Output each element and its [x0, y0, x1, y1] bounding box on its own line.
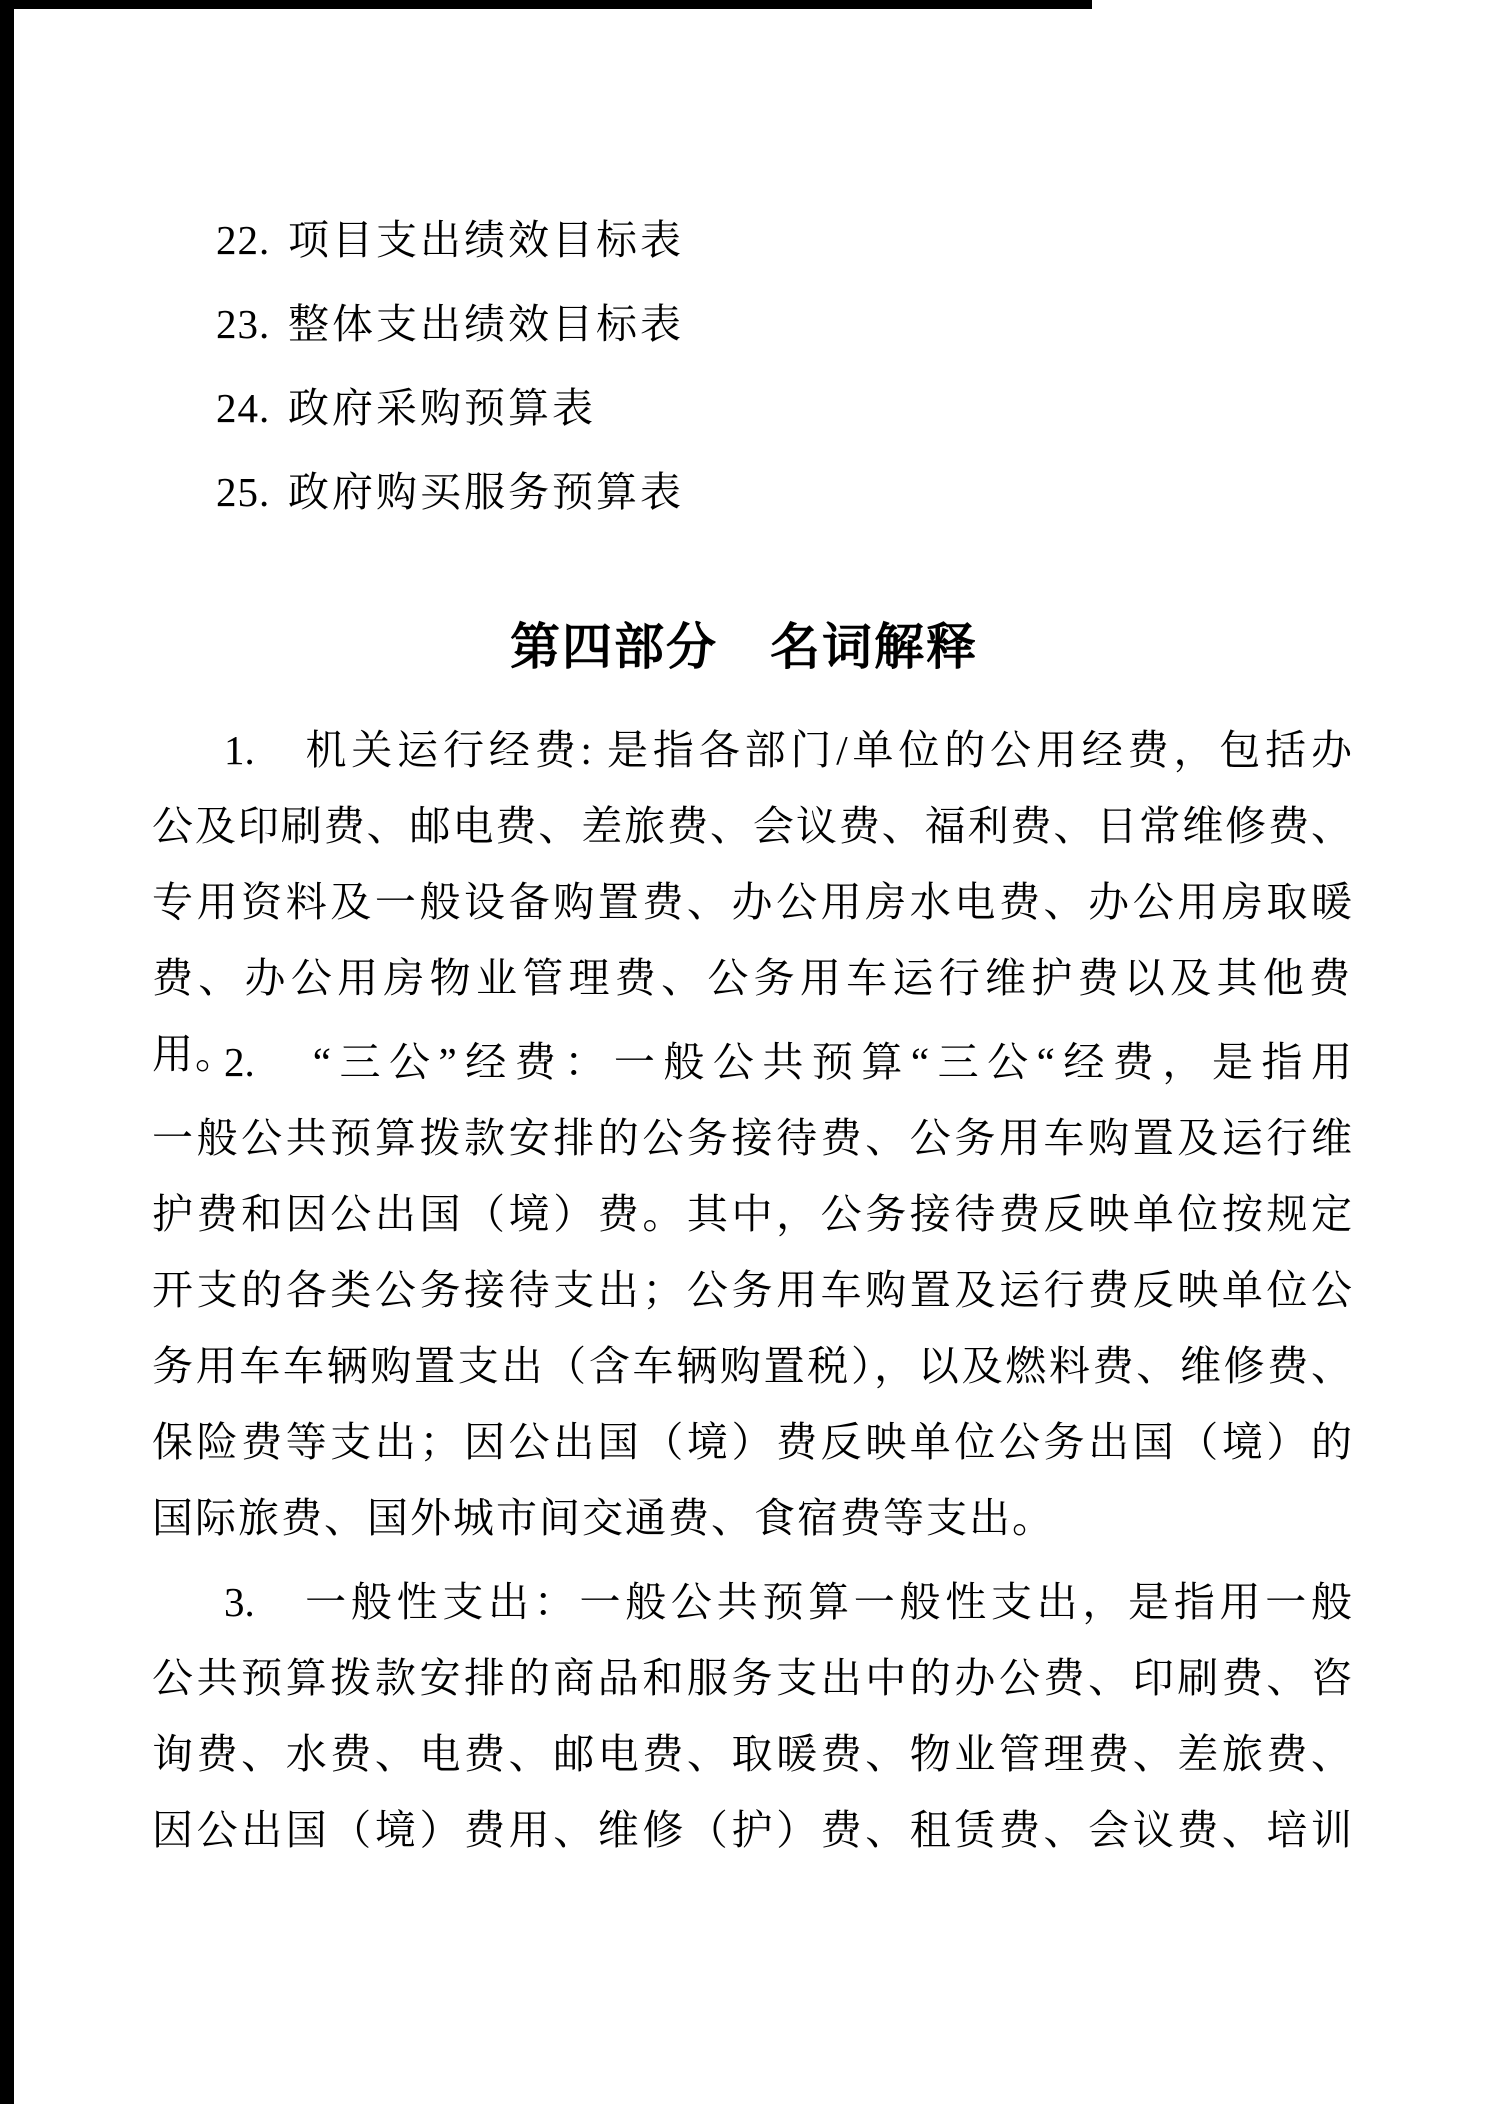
list-item-number: 25. — [216, 450, 274, 534]
text-line: 国际旅费、国外城市间交通费、食宿费等支出。 — [152, 1480, 1352, 1556]
list-item-text: 政府购买服务预算表 — [288, 450, 684, 534]
list-item: 24. 政府采购预算表 — [216, 366, 1316, 450]
attachment-table-list: 22. 项目支出绩效目标表 23. 整体支出绩效目标表 24. 政府采购预算表 … — [216, 198, 1316, 534]
scan-artifact-left-edge — [0, 0, 14, 2104]
list-item-text: 政府采购预算表 — [288, 366, 596, 450]
text-line: 一般公共预算拨款安排的公务接待费、公务用车购置及运行维 — [152, 1100, 1352, 1176]
list-item-number: 24. — [216, 366, 274, 450]
list-item-number: 23. — [216, 282, 274, 366]
text-line: 开支的各类公务接待支出；公务用车购置及运行费反映单位公 — [152, 1252, 1352, 1328]
text-line: 3. 一般性支出：一般公共预算一般性支出，是指用一般 — [152, 1564, 1352, 1640]
list-item: 25. 政府购买服务预算表 — [216, 450, 1316, 534]
text-line: 1. 机关运行经费: 是指各部门/单位的公用经费，包括办 — [152, 712, 1352, 788]
text-line: 2. “三公”经费：一般公共预算“三公“经费，是指用 — [152, 1024, 1352, 1100]
text-line: 公及印刷费、邮电费、差旅费、会议费、福利费、日常维修费、 — [152, 788, 1352, 864]
text-line: 公共预算拨款安排的商品和服务支出中的办公费、印刷费、咨 — [152, 1640, 1352, 1716]
paragraph: 3. 一般性支出：一般公共预算一般性支出，是指用一般公共预算拨款安排的商品和服务… — [152, 1564, 1352, 1868]
list-item: 22. 项目支出绩效目标表 — [216, 198, 1316, 282]
text-line: 保险费等支出；因公出国（境）费反映单位公务出国（境）的 — [152, 1404, 1352, 1480]
section-heading: 第四部分 名词解释 — [0, 616, 1488, 678]
definitions-body: 1. 机关运行经费: 是指各部门/单位的公用经费，包括办公及印刷费、邮电费、差旅… — [152, 712, 1352, 1868]
text-line: 询费、水费、电费、邮电费、取暖费、物业管理费、差旅费、 — [152, 1716, 1352, 1792]
document-page: 22. 项目支出绩效目标表 23. 整体支出绩效目标表 24. 政府采购预算表 … — [0, 0, 1488, 2104]
list-item-number: 22. — [216, 198, 274, 282]
text-line: 务用车车辆购置支出（含车辆购置税），以及燃料费、维修费、 — [152, 1328, 1352, 1404]
text-line: 专用资料及一般设备购置费、办公用房水电费、办公用房取暖 — [152, 864, 1352, 940]
list-item-text: 整体支出绩效目标表 — [288, 282, 684, 366]
text-line: 因公出国（境）费用、维修（护）费、租赁费、会议费、培训 — [152, 1792, 1352, 1868]
list-item-text: 项目支出绩效目标表 — [288, 198, 684, 282]
scan-artifact-top-edge — [0, 0, 1092, 9]
list-item: 23. 整体支出绩效目标表 — [216, 282, 1316, 366]
text-line: 护费和因公出国（境）费。其中，公务接待费反映单位按规定 — [152, 1176, 1352, 1252]
paragraph: 1. 机关运行经费: 是指各部门/单位的公用经费，包括办公及印刷费、邮电费、差旅… — [152, 712, 1352, 1016]
paragraph: 2. “三公”经费：一般公共预算“三公“经费，是指用一般公共预算拨款安排的公务接… — [152, 1024, 1352, 1556]
text-line: 费、办公用房物业管理费、公务用车运行维护费以及其他费用。 — [152, 940, 1352, 1016]
